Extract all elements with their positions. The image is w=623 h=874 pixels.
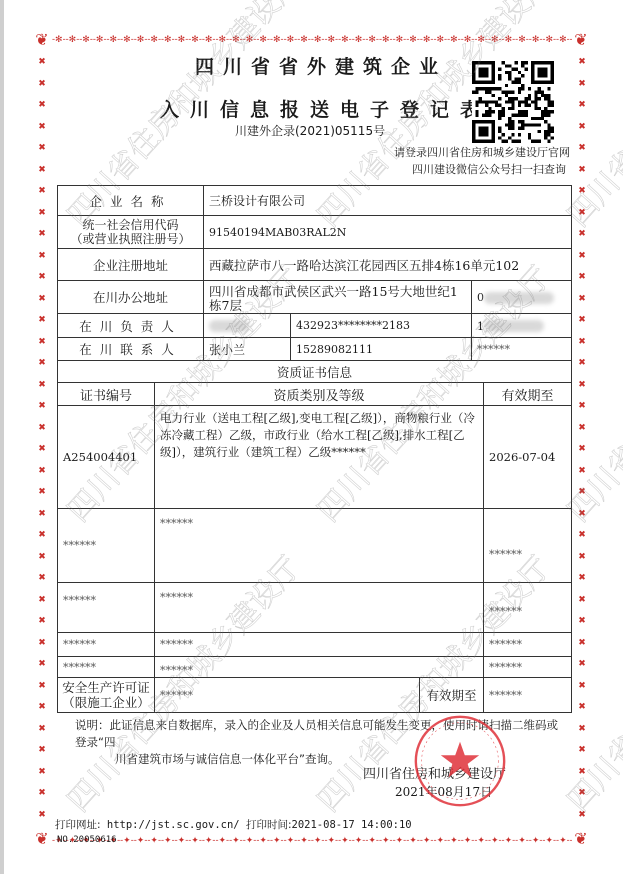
- contact-row: 在川联系人 张小兰 15289082111 ******: [58, 338, 572, 361]
- cert-expiry: ******: [484, 583, 572, 633]
- border-corner-ornament-icon: ❦: [572, 830, 590, 848]
- cert-row: A254004401 电力行业（送电工程[乙级],变电工程[乙级]），商物粮行业…: [58, 406, 572, 509]
- redacted-blur: [209, 320, 249, 332]
- contact-phone: 15289082111: [291, 338, 472, 361]
- cert-section-header-row: 资质证书信息: [58, 361, 572, 383]
- serial-number: NO.20050616: [57, 835, 117, 845]
- cert-row: ****** ****** ******: [58, 509, 572, 583]
- official-red-seal-icon: [412, 713, 508, 809]
- certificate-table: 证书编号 资质类别及等级 有效期至 A254004401 电力行业（送电工程[乙…: [57, 382, 572, 713]
- redacted-blur: [484, 292, 554, 304]
- reg-address-value: 西藏拉萨市八一路哈达滨江花园西区五排4栋16单元102: [204, 249, 572, 281]
- redacted-blur: [484, 320, 544, 332]
- border-right-ornament: ✖✖✖✖✖✖✖✖✖✖✖✖✖✖✖✖✖✖✖✖✖✖✖✖✖✖✖✖✖✖✖✖✖✖✖✖✖✖✖✖: [577, 52, 587, 830]
- cert-header-row: 证书编号 资质类别及等级 有效期至: [58, 383, 572, 406]
- cert-expiry: ******: [484, 509, 572, 583]
- office-address-label: 在川办公地址: [58, 281, 204, 314]
- document-number: 川建外企录(2021)05115号: [235, 122, 385, 139]
- cert-category: ******: [155, 509, 484, 583]
- safety-expiry-label: 有效期至: [420, 678, 484, 713]
- cert-number: ******: [58, 509, 155, 583]
- office-address-value: 四川省成都市武侯区武兴一路15号大地世纪1栋7层: [204, 281, 472, 314]
- border-corner-ornament-icon: ❦: [572, 31, 590, 49]
- office-address-row: 在川办公地址 四川省成都市武侯区武兴一路15号大地世纪1栋7层 0: [58, 281, 572, 314]
- safety-license-value: ******: [155, 678, 420, 713]
- cert-category: ******: [155, 583, 484, 633]
- qr-note-line1: 请登录四川省住房和城乡建设厅官网: [394, 144, 570, 160]
- border-corner-ornament-icon: ❦: [33, 830, 51, 848]
- cert-row: ****** ****** ******: [58, 633, 572, 657]
- contact-name: 张小兰: [204, 338, 291, 361]
- responsible-label: 在川负责人: [58, 314, 204, 338]
- cert-col-category: 资质类别及等级: [155, 383, 484, 406]
- responsible-phone: 1: [472, 314, 572, 338]
- cert-row: ****** ****** ******: [58, 657, 572, 678]
- cert-col-number: 证书编号: [58, 383, 155, 406]
- print-url-link[interactable]: http://jst.sc.gov.cn/: [107, 819, 240, 831]
- credit-code-label: 统一社会信用代码 （或营业执照注册号）: [58, 216, 204, 249]
- cert-expiry: ******: [484, 633, 572, 657]
- cert-number: A254004401: [58, 406, 155, 509]
- print-time: 2021-08-17 14:00:10: [292, 819, 412, 831]
- cert-col-expiry: 有效期至: [484, 383, 572, 406]
- cert-number: ******: [58, 657, 155, 678]
- border-left-ornament: ✖✖✖✖✖✖✖✖✖✖✖✖✖✖✖✖✖✖✖✖✖✖✖✖✖✖✖✖✖✖✖✖✖✖✖✖✖✖✖✖: [37, 52, 47, 830]
- qr-code-icon[interactable]: [472, 61, 554, 143]
- cert-category: ******: [155, 633, 484, 657]
- cert-expiry: ******: [484, 657, 572, 678]
- cert-section-title: 资质证书信息: [58, 361, 572, 383]
- page-edge-strip: [0, 0, 4, 874]
- cert-row: ****** ****** ******: [58, 583, 572, 633]
- company-name-value: 三桥设计有限公司: [204, 186, 572, 216]
- safety-license-label: 安全生产许可证 （限施工企业）: [58, 678, 155, 713]
- responsible-name: [204, 314, 291, 338]
- credit-code-row: 统一社会信用代码 （或营业执照注册号） 91540194MAB03RAL2N: [58, 216, 572, 249]
- cert-expiry: 2026-07-04: [484, 406, 572, 509]
- cert-category: 电力行业（送电工程[乙级],变电工程[乙级]），商物粮行业（冷冻冷藏工程）乙级，…: [155, 406, 484, 509]
- border-corner-ornament-icon: ❦: [33, 31, 51, 49]
- document-title-line2: 入川信息报送电子登记表: [160, 95, 490, 122]
- cert-number: ******: [58, 583, 155, 633]
- print-info: 打印网址: http://jst.sc.gov.cn/ 打印时间:2021-08…: [55, 817, 412, 832]
- company-info-table: 企业名称 三桥设计有限公司 统一社会信用代码 （或营业执照注册号） 915401…: [57, 185, 572, 383]
- qr-note-line2: 四川建设微信公众号扫一扫查询: [412, 161, 566, 177]
- cert-category: ******: [155, 657, 484, 678]
- reg-address-label: 企业注册地址: [58, 249, 204, 281]
- safety-expiry-value: ******: [484, 678, 572, 713]
- cert-number: ******: [58, 633, 155, 657]
- border-top-ornament: -✻--✻--✻--✻--✻--✻--✻--✻--✻--✻--✻--✻--✻--…: [52, 35, 572, 45]
- contact-extra: ******: [472, 338, 572, 361]
- office-phone-value: 0: [472, 281, 572, 314]
- document-title-line1: 四川省省外建筑企业: [195, 52, 447, 79]
- responsible-id: 432923********2183: [291, 314, 472, 338]
- reg-address-row: 企业注册地址 西藏拉萨市八一路哈达滨江花园西区五排4栋16单元102: [58, 249, 572, 281]
- credit-code-value: 91540194MAB03RAL2N: [204, 216, 572, 249]
- safety-license-row: 安全生产许可证 （限施工企业） ****** 有效期至 ******: [58, 678, 572, 713]
- company-name-label: 企业名称: [58, 186, 204, 216]
- contact-label: 在川联系人: [58, 338, 204, 361]
- responsible-row: 在川负责人 432923********2183 1: [58, 314, 572, 338]
- company-name-row: 企业名称 三桥设计有限公司: [58, 186, 572, 216]
- border-bottom-ornament: -✦--✦--✦--✦--✦--✦--✦--✦--✦--✦--✦--✦--✦--…: [52, 836, 572, 846]
